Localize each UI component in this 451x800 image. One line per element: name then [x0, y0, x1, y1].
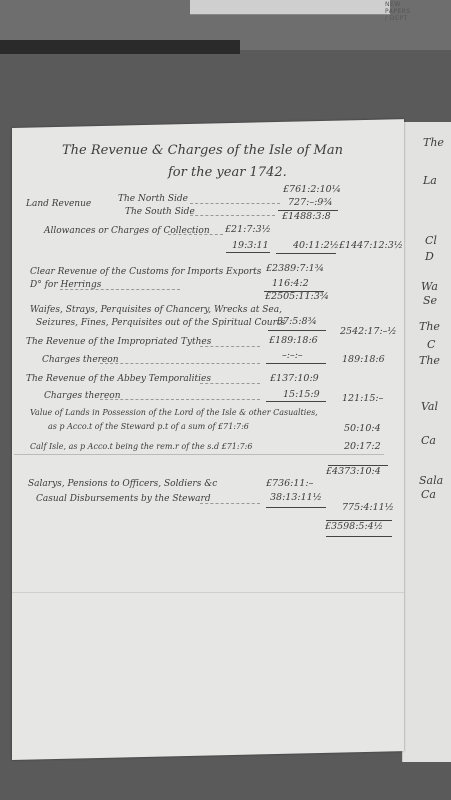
- allowances-total: 40:11:2½: [293, 240, 339, 251]
- net-total: £3598:5:4½: [325, 521, 383, 532]
- land-revenue-net: £1447:12:3½: [339, 240, 403, 251]
- abbey-value: £137:10:9: [270, 373, 319, 384]
- lands-label-1: Value of Lands in Possession of the Lord…: [30, 408, 318, 417]
- sum-rule: [266, 363, 326, 364]
- sum-rule: [326, 536, 392, 537]
- right-page-fragment: The: [419, 354, 440, 367]
- leader-dots: [200, 503, 260, 504]
- south-side-value: 727:–:9¾: [288, 197, 333, 208]
- allowances-value-1: £21:7:3½: [225, 224, 271, 235]
- abbey-charges-value: 15:15:9: [283, 389, 320, 400]
- allowances-value-2: 19:3:11: [232, 240, 269, 251]
- right-page-fragment: C: [427, 338, 435, 351]
- tythes-label: The Revenue of the Impropriated Tythes: [26, 337, 211, 347]
- right-page-fragment: The: [423, 136, 444, 149]
- waifs-value: 37:5:8¾: [277, 316, 317, 327]
- sum-rule: [266, 507, 326, 508]
- north-side-value: £761:2:10¼: [283, 184, 341, 195]
- adjacent-page: The La Cl D Wa Se The C The Val Ca Sala …: [402, 122, 451, 762]
- waifs-label-1: Waifes, Strays, Perquisites of Chancery,…: [30, 305, 282, 315]
- right-page-fragment: D: [425, 250, 434, 263]
- leader-dots: [200, 383, 260, 384]
- tythes-total: 189:18:6: [342, 354, 385, 365]
- leader-dots: [190, 215, 275, 216]
- tythes-charges-value: –:–:–: [282, 350, 303, 361]
- land-revenue-label: Land Revenue: [26, 199, 91, 209]
- right-page-fragment: Cl: [425, 234, 437, 247]
- right-page-fragment: Wa: [421, 280, 438, 293]
- herrings-value: 116:4:2: [272, 278, 309, 289]
- customs-subtotal: £2505:11:3¾: [265, 291, 329, 302]
- background-card-label: NEW PAPERS / DEPT: [385, 1, 411, 22]
- grand-subtotal: £4373:10:4: [326, 466, 381, 477]
- right-page-fragment: Ca: [421, 488, 436, 501]
- abbey-total: 121:15:–: [342, 393, 383, 404]
- shadow-strip: [0, 40, 240, 54]
- lands-value-1: 50:10:4: [344, 423, 381, 434]
- line-rule: [14, 454, 384, 455]
- right-page-fragment: Sala: [419, 474, 443, 487]
- disbursements-label: Casual Disbursements by the Steward: [36, 494, 211, 504]
- sum-rule: [276, 253, 336, 254]
- calf-isle-value: 20:17:2: [344, 441, 381, 452]
- leader-dots: [60, 289, 180, 290]
- north-side-label: The North Side: [118, 194, 188, 204]
- customs-value: £2389:7:1¾: [266, 263, 324, 274]
- south-side-label: The South Side: [125, 207, 195, 217]
- calf-isle-label: Calf Isle, as p Acco.t being the rem.r o…: [30, 442, 252, 451]
- lands-label-2: as p Acco.t of the Steward p.t of a sum …: [48, 422, 249, 431]
- sum-rule: [268, 330, 326, 331]
- leader-dots: [190, 203, 280, 204]
- right-page-fragment: La: [423, 174, 437, 187]
- right-page-fragment: Se: [423, 294, 437, 307]
- tythes-value: £189:18:6: [269, 335, 318, 346]
- customs-waifs-total: 2542:17:–½: [340, 326, 397, 337]
- customs-label: Clear Revenue of the Customs for Imports…: [30, 267, 261, 277]
- right-page-fragment: Val: [421, 400, 438, 413]
- salaries-total: 775:4:11½: [342, 502, 394, 513]
- page-fold: [12, 592, 404, 593]
- sum-rule: [266, 401, 326, 402]
- salaries-label: Salarys, Pensions to Officers, Soldiers …: [28, 479, 217, 489]
- sum-rule: [226, 252, 270, 253]
- disbursements-value: 38:13:11½: [270, 492, 322, 503]
- waifs-label-2: Seizures, Fines, Perquisites out of the …: [36, 318, 285, 328]
- abbey-label: The Revenue of the Abbey Temporalities: [26, 374, 211, 384]
- background-card: NEW PAPERS / DEPT: [190, 0, 390, 15]
- leader-dots: [100, 399, 260, 400]
- document-title: The Revenue & Charges of the Isle of Man: [62, 143, 343, 158]
- document-subtitle: for the year 1742.: [168, 165, 287, 180]
- leader-dots: [168, 234, 223, 235]
- right-page-fragment: Ca: [421, 434, 436, 447]
- leader-dots: [200, 346, 260, 347]
- right-page-fragment: The: [419, 320, 440, 333]
- salaries-value: £736:11:–: [266, 478, 313, 489]
- land-revenue-subtotal: £1488:3:8: [282, 211, 331, 222]
- leader-dots: [100, 363, 260, 364]
